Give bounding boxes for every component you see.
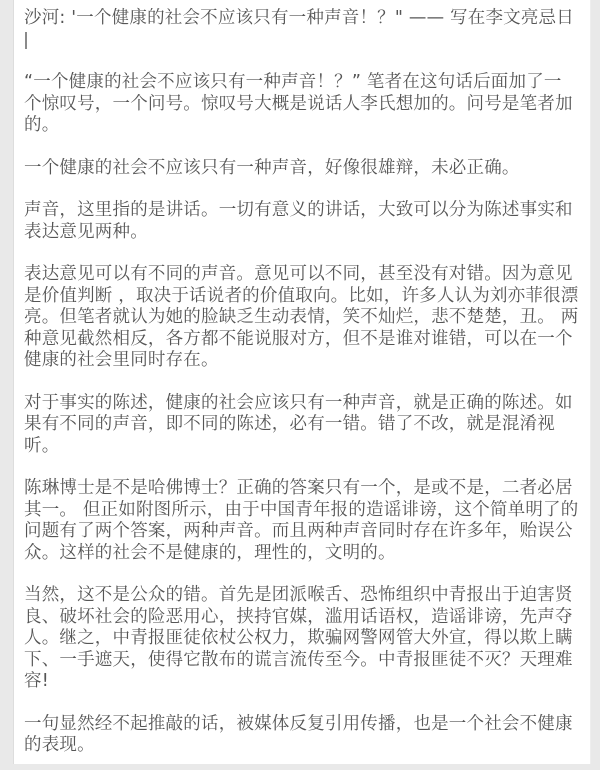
paragraph: 陈琳博士是不是哈佛博士？正确的答案只有一个，是或不是，二者必居其一。 但正如附图…	[24, 478, 579, 564]
page-background: { "page": { "background_color": "#e9e9e9…	[0, 0, 600, 770]
paragraph: 一个健康的社会不应该只有一种声音，好像很雄辩，未必正确。	[24, 158, 579, 180]
paragraph: 声音，这里指的是讲话。一切有意义的讲话，大致可以分为陈述事实和表达意见两种。	[24, 200, 579, 243]
paragraph: “一个健康的社会不应该只有一种声音！？” 笔者在这句话后面加了一个惊叹号，一个问…	[24, 72, 579, 137]
paragraph: 表达意见可以有不同的声音。意见可以不同，甚至没有对错。因为意见是价值判断 ，取决…	[24, 264, 579, 372]
paragraph: 对于事实的陈述，健康的社会应该只有一种声音，就是正确的陈述。如果有不同的声音，即…	[24, 393, 579, 458]
document-page[interactable]: 沙河: '一个健康的社会不应该只有一种声音！？" —— 写在李文亮忌日 “一个健…	[13, 0, 591, 764]
paragraph: 当然，这不是公众的错。首先是团派喉舌、恐怖组织中青报出于迫害贤良、破坏社会的险恶…	[24, 585, 579, 693]
document-body: “一个健康的社会不应该只有一种声音！？” 笔者在这句话后面加了一个惊叹号，一个问…	[24, 72, 579, 757]
page-title: 沙河: '一个健康的社会不应该只有一种声音！？" —— 写在李文亮忌日	[24, 8, 579, 30]
paragraph: 一句显然经不起推敲的话，被媒体反复引用传播，也是一个社会不健康的表现。	[24, 714, 579, 757]
document-content: 沙河: '一个健康的社会不应该只有一种声音！？" —— 写在李文亮忌日 “一个健…	[14, 0, 590, 757]
text-cursor	[25, 32, 27, 49]
caret-line	[24, 30, 579, 52]
